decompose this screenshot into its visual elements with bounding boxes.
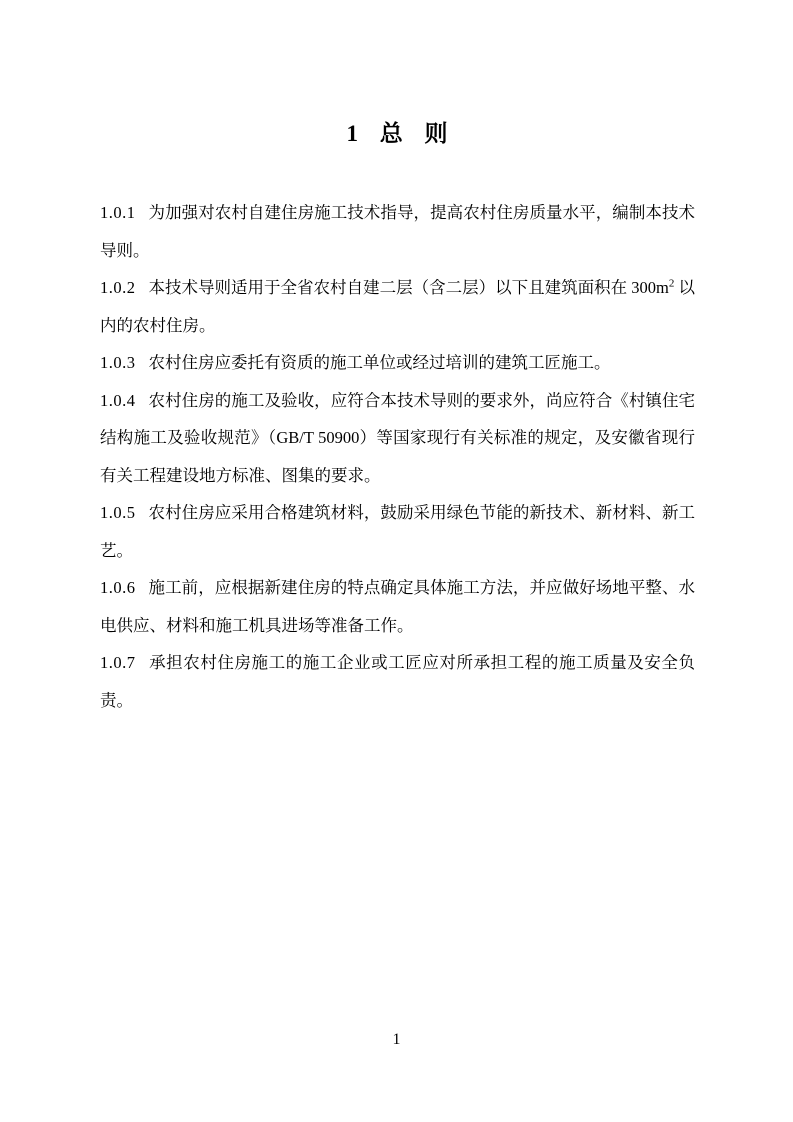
clause-text: 承担农村住房施工的施工企业或工匠应对所承担工程的施工质量及安全负责。 bbox=[100, 653, 695, 710]
clause-number: 1.0.7 bbox=[100, 653, 136, 672]
clause-text: 农村住房应委托有资质的施工单位或经过培训的建筑工匠施工。 bbox=[149, 353, 611, 372]
clause-1-0-6: 1.0.6施工前，应根据新建住房的特点确定具体施工方法，并应做好场地平整、水电供… bbox=[100, 569, 695, 644]
clause-1-0-1: 1.0.1为加强对农村自建住房施工技术指导，提高农村住房质量水平，编制本技术导则… bbox=[100, 194, 695, 269]
clause-1-0-2: 1.0.2本技术导则适用于全省农村自建二层（含二层）以下且建筑面积在 300m2… bbox=[100, 269, 695, 344]
clause-text: 本技术导则适用于全省农村自建二层（含二层）以下且建筑面积在 300m bbox=[149, 278, 669, 297]
clause-number: 1.0.3 bbox=[100, 353, 136, 372]
document-page: 1 总 则 1.0.1为加强对农村自建住房施工技术指导，提高农村住房质量水平，编… bbox=[0, 0, 793, 1122]
clause-text: 为加强对农村自建住房施工技术指导，提高农村住房质量水平，编制本技术导则。 bbox=[100, 203, 695, 260]
clause-text: 施工前，应根据新建住房的特点确定具体施工方法，并应做好场地平整、水电供应、材料和… bbox=[100, 578, 695, 635]
page-number: 1 bbox=[0, 1028, 793, 1052]
clause-number: 1.0.2 bbox=[100, 278, 136, 297]
clause-number: 1.0.6 bbox=[100, 578, 136, 597]
clause-text: 农村住房的施工及验收，应符合本技术导则的要求外，尚应符合《村镇住宅结构施工及验收… bbox=[100, 391, 695, 485]
page-content: 1 总 则 1.0.1为加强对农村自建住房施工技术指导，提高农村住房质量水平，编… bbox=[100, 0, 695, 719]
chapter-body: 1.0.1为加强对农村自建住房施工技术指导，提高农村住房质量水平，编制本技术导则… bbox=[100, 194, 695, 719]
clause-1-0-4: 1.0.4农村住房的施工及验收，应符合本技术导则的要求外，尚应符合《村镇住宅结构… bbox=[100, 382, 695, 495]
clause-1-0-7: 1.0.7承担农村住房施工的施工企业或工匠应对所承担工程的施工质量及安全负责。 bbox=[100, 644, 695, 719]
clause-text: 农村住房应采用合格建筑材料，鼓励采用绿色节能的新技术、新材料、新工艺。 bbox=[100, 503, 695, 560]
clause-number: 1.0.5 bbox=[100, 503, 136, 522]
chapter-title: 1 总 则 bbox=[100, 116, 695, 152]
clause-1-0-5: 1.0.5农村住房应采用合格建筑材料，鼓励采用绿色节能的新技术、新材料、新工艺。 bbox=[100, 494, 695, 569]
clause-number: 1.0.4 bbox=[100, 391, 136, 410]
clause-1-0-3: 1.0.3农村住房应委托有资质的施工单位或经过培训的建筑工匠施工。 bbox=[100, 344, 695, 382]
clause-number: 1.0.1 bbox=[100, 203, 136, 222]
